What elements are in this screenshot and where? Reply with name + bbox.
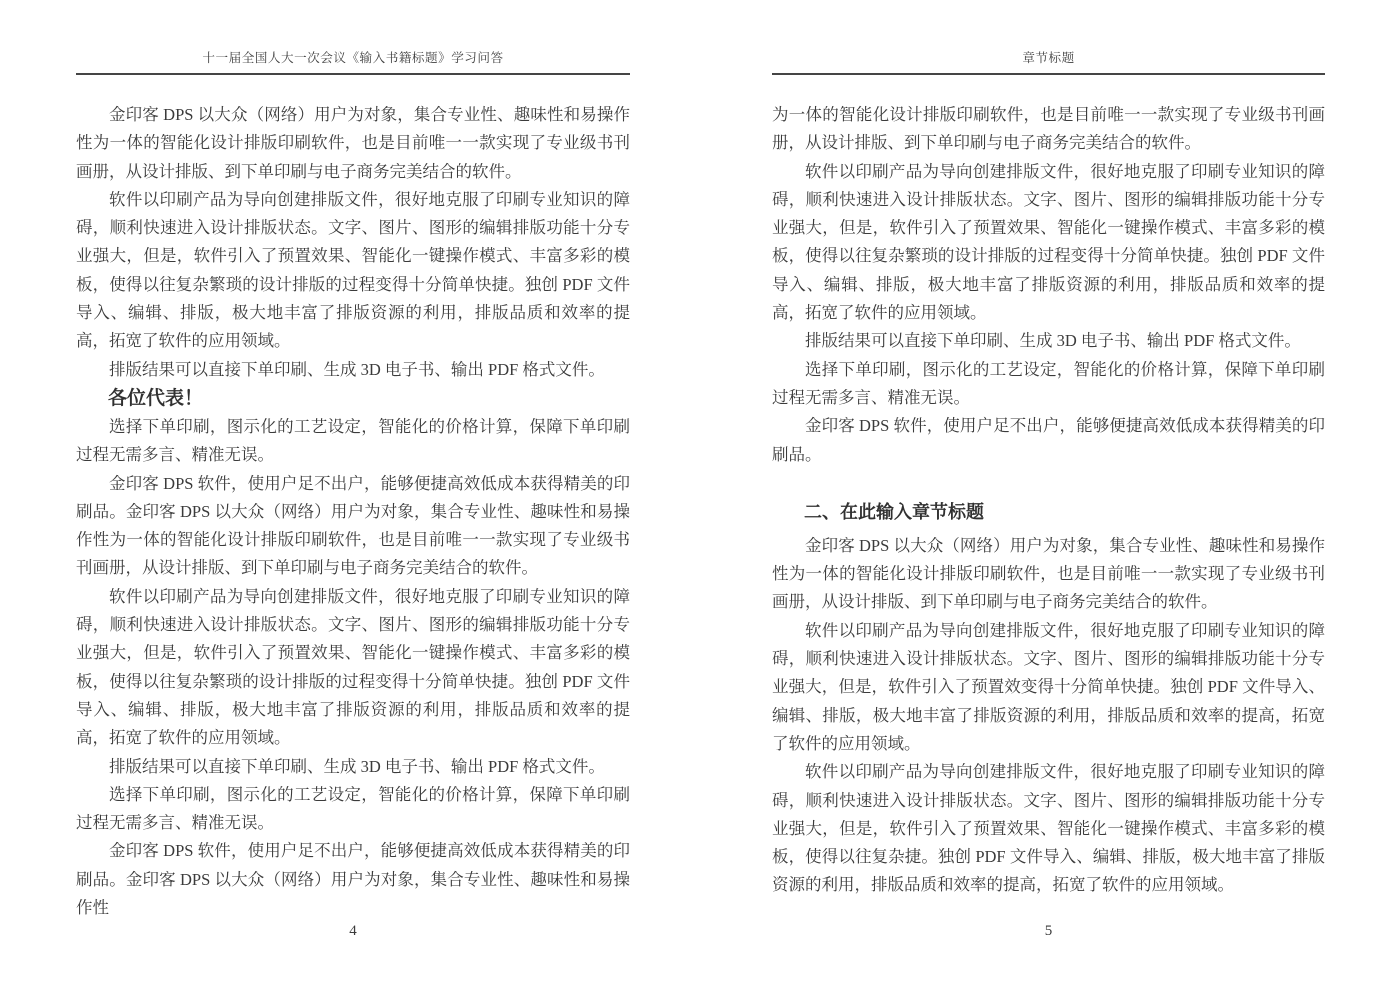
paragraph: 选择下单印刷，图示化的工艺设定，智能化的价格计算，保障下单印刷过程无需多言、精准… (772, 356, 1325, 413)
paragraph: 软件以印刷产品为导向创建排版文件，很好地克服了印刷专业知识的障碍，顺利快速进入设… (772, 758, 1325, 899)
running-head-left: 十一届全国人大一次会议《输入书籍标题》学习问答 (76, 47, 630, 66)
paragraph: 选择下单印刷，图示化的工艺设定，智能化的价格计算，保障下单印刷过程无需多言、精准… (76, 781, 630, 838)
page-body-right: 为一体的智能化设计排版印刷软件，也是目前唯一一款实现了专业级书刊画册，从设计排版… (772, 101, 1325, 900)
paragraph: 金印客 DPS 以大众（网络）用户为对象，集合专业性、趣味性和易操作性为一体的智… (772, 532, 1325, 617)
page-body-left: 金印客 DPS 以大众（网络）用户为对象，集合专业性、趣味性和易操作性为一体的智… (76, 101, 630, 922)
book-spread: 十一届全国人大一次会议《输入书籍标题》学习问答 金印客 DPS 以大众（网络）用… (0, 0, 1398, 982)
paragraph: 排版结果可以直接下单印刷、生成 3D 电子书、输出 PDF 格式文件。 (772, 327, 1325, 355)
paragraph: 排版结果可以直接下单印刷、生成 3D 电子书、输出 PDF 格式文件。 (76, 356, 630, 384)
paragraph: 软件以印刷产品为导向创建排版文件，很好地克服了印刷专业知识的障碍，顺利快速进入设… (76, 186, 630, 356)
page-right: 章节标题 为一体的智能化设计排版印刷软件，也是目前唯一一款实现了专业级书刊画册，… (772, 0, 1325, 982)
paragraph: 选择下单印刷，图示化的工艺设定，智能化的价格计算，保障下单印刷过程无需多言、精准… (76, 413, 630, 470)
page-number-right: 5 (772, 923, 1325, 940)
page-left: 十一届全国人大一次会议《输入书籍标题》学习问答 金印客 DPS 以大众（网络）用… (76, 0, 630, 982)
paragraph: 排版结果可以直接下单印刷、生成 3D 电子书、输出 PDF 格式文件。 (76, 753, 630, 781)
section-heading: 二、在此输入章节标题 (772, 498, 1325, 527)
paragraph: 软件以印刷产品为导向创建排版文件，很好地克服了印刷专业知识的障碍，顺利快速进入设… (772, 158, 1325, 328)
header-rule-left (76, 73, 630, 75)
paragraph: 金印客 DPS 以大众（网络）用户为对象，集合专业性、趣味性和易操作性为一体的智… (76, 101, 630, 186)
paragraph: 软件以印刷产品为导向创建排版文件，很好地克服了印刷专业知识的障碍，顺利快速进入设… (772, 617, 1325, 758)
paragraph: 软件以印刷产品为导向创建排版文件，很好地克服了印刷专业知识的障碍，顺利快速进入设… (76, 583, 630, 753)
paragraph-noindent: 为一体的智能化设计排版印刷软件，也是目前唯一一款实现了专业级书刊画册，从设计排版… (772, 101, 1325, 158)
header-rule-right (772, 73, 1325, 75)
paragraph: 金印客 DPS 软件，使用户足不出户，能够便捷高效低成本获得精美的印刷品。 (772, 412, 1325, 469)
paragraph: 金印客 DPS 软件，使用户足不出户，能够便捷高效低成本获得精美的印刷品。金印客… (76, 470, 630, 583)
callout-heading: 各位代表！ (76, 384, 630, 413)
paragraph: 金印客 DPS 软件，使用户足不出户，能够便捷高效低成本获得精美的印刷品。金印客… (76, 837, 630, 922)
page-number-left: 4 (76, 923, 630, 940)
running-head-right: 章节标题 (772, 47, 1325, 66)
